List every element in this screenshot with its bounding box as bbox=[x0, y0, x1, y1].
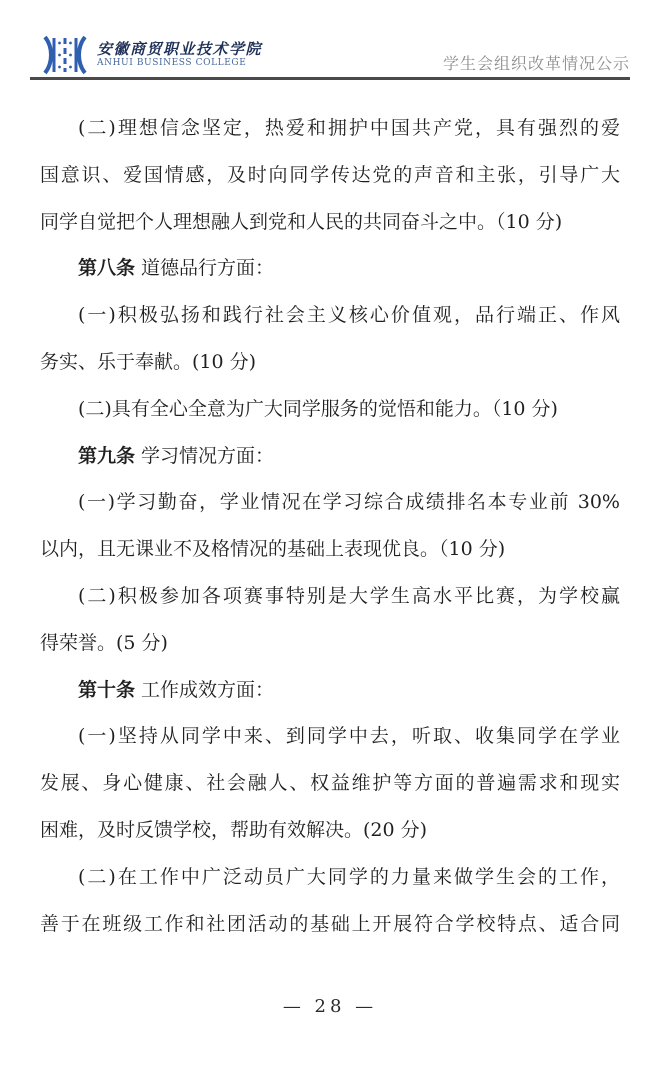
document-line: 第八条 道德品行方面： bbox=[40, 245, 620, 292]
document-line: (一)坚持从同学中来、到同学中去，听取、收集同学在学业 bbox=[40, 713, 620, 760]
document-line: 第九条 学习情况方面： bbox=[40, 433, 620, 480]
document-line: (一)积极弘扬和践行社会主义核心价值观，品行端正、作风 bbox=[40, 292, 620, 339]
document-line: 以内，且无课业不及格情况的基础上表现优良。（10 分) bbox=[40, 526, 620, 573]
document-page: 安徽商贸职业技术学院 ANHUI BUSINESS COLLEGE 学生会组织改… bbox=[0, 0, 660, 1091]
document-line: (二)理想信念坚定，热爱和拥护中国共产党，具有强烈的爱 bbox=[40, 105, 620, 152]
document-line: 善于在班级工作和社团活动的基础上开展符合学校特点、适合同 bbox=[40, 901, 620, 948]
document-line: 困难，及时反馈学校，帮助有效解决。(20 分) bbox=[40, 807, 620, 854]
document-line: (二)积极参加各项赛事特别是大学生高水平比赛，为学校赢 bbox=[40, 573, 620, 620]
header-title: 学生会组织改革情况公示 bbox=[443, 51, 630, 75]
document-line: (二)在工作中广泛动员广大同学的力量来做学生会的工作， bbox=[40, 854, 620, 901]
document-line: (一)学习勤奋，学业情况在学习综合成绩排名本专业前 30% bbox=[40, 479, 620, 526]
college-logo-text: 安徽商贸职业技术学院 ANHUI BUSINESS COLLEGE bbox=[97, 41, 262, 69]
article-number: 第九条 bbox=[78, 445, 135, 467]
article-number: 第十条 bbox=[78, 679, 135, 701]
college-logo-icon bbox=[40, 35, 90, 75]
document-line: 发展、身心健康、社会融人、权益维护等方面的普遍需求和现实 bbox=[40, 760, 620, 807]
article-number: 第八条 bbox=[78, 257, 135, 279]
document-line: 国意识、爱国情感，及时向同学传达党的声音和主张，引导广大 bbox=[40, 152, 620, 199]
document-line: (二)具有全心全意为广大同学服务的觉悟和能力。（10 分) bbox=[40, 386, 620, 433]
page-number: — 28 — bbox=[283, 996, 377, 1017]
document-line: 得荣誉。(5 分) bbox=[40, 620, 620, 667]
college-name-chinese: 安徽商贸职业技术学院 bbox=[97, 41, 262, 58]
page-header: 安徽商贸职业技术学院 ANHUI BUSINESS COLLEGE 学生会组织改… bbox=[40, 30, 630, 75]
document-body: (二)理想信念坚定，热爱和拥护中国共产党，具有强烈的爱国意识、爱国情感，及时向同… bbox=[40, 105, 620, 947]
document-line: 务实、乐于奉献。(10 分) bbox=[40, 339, 620, 386]
page-footer: — 28 — bbox=[0, 996, 660, 1017]
college-name-english: ANHUI BUSINESS COLLEGE bbox=[97, 58, 262, 68]
document-line: 同学自觉把个人理想融人到党和人民的共同奋斗之中。（10 分) bbox=[40, 199, 620, 246]
college-logo: 安徽商贸职业技术学院 ANHUI BUSINESS COLLEGE bbox=[40, 35, 262, 75]
document-line: 第十条 工作成效方面： bbox=[40, 667, 620, 714]
header-rule bbox=[30, 77, 630, 80]
